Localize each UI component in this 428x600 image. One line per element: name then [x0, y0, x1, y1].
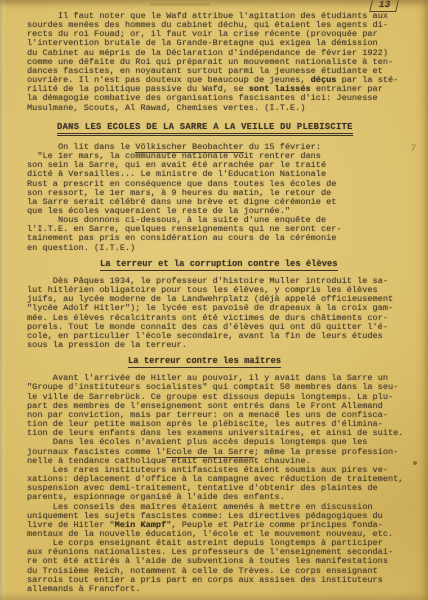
subheading-text: La terreur et la corruption contre les é… — [100, 259, 338, 271]
page-content: Il faut noter que le Wafd attribue l'agi… — [27, 12, 419, 594]
article-title-text: DANS LES ECOLES DE LA SARRE A LA VEILLE … — [57, 122, 353, 134]
teachers-paragraph-2: Dans les écoles n'avaient plus accès dep… — [27, 438, 419, 465]
teachers-paragraph-3: Les rares instituteurs antifascistes éta… — [27, 466, 419, 503]
subheading-terror-against-pupils: La terreur et la corruption contre les é… — [100, 260, 419, 269]
pupils-paragraph: Dès Pâques 1934, le professeur d'histoir… — [27, 277, 419, 350]
intro-paragraph: Il faut noter que le Wafd attribue l'agi… — [27, 12, 419, 113]
subheading-text: La terreur contre les maîtres — [128, 356, 281, 368]
blockquote-voelkischer-beobachter: "Le 1er mars, la communauté nationale vo… — [27, 152, 419, 216]
intro-text-a: Il faut noter que le Wafd attribue l'agi… — [27, 11, 393, 85]
teachers-paragraph-1: Avant l'arrivée de Hitler au pouvoir, il… — [27, 374, 419, 438]
teachers-paragraph-4: Les conseils des maîtres étaient amenés … — [27, 503, 419, 540]
subheading-terror-against-teachers: La terreur contre les maîtres — [128, 357, 419, 366]
paper-smudge — [150, 3, 210, 6]
article-title: DANS LES ECOLES DE LA SARRE A LA VEILLE … — [57, 123, 419, 132]
teachers-paragraph-5: Le corps enseignant était astreint depui… — [27, 539, 419, 594]
scanned-typewritten-page: 13 7 Il faut noter que le Wafd attribue … — [0, 0, 428, 600]
editorial-note-paragraph: Nous donnons ci-dessous, à la suite d'un… — [27, 216, 419, 253]
